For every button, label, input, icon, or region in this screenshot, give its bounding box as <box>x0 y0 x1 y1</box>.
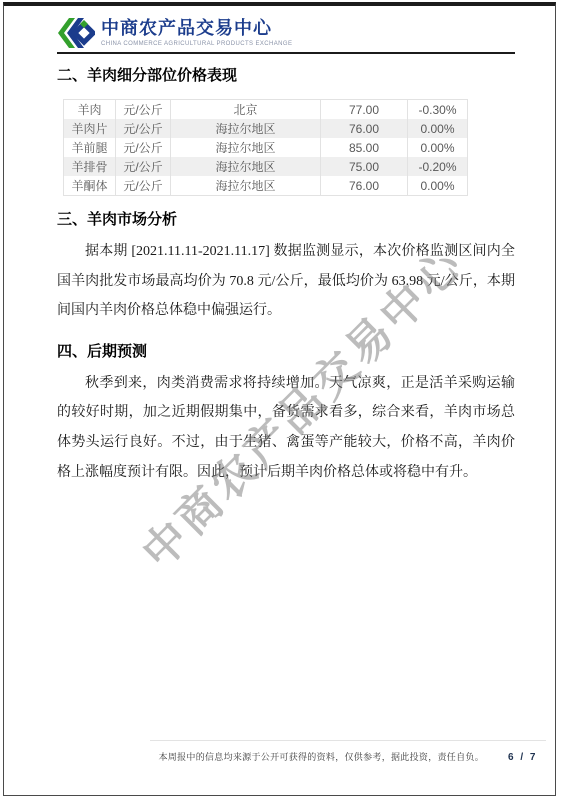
cell-product: 羊酮体 <box>64 176 116 196</box>
section-4-heading: 四、后期预测 <box>57 342 515 362</box>
cell-change: 0.00% <box>408 119 468 138</box>
forecast-paragraph: 秋季到来，肉类消费需求将持续增加。天气凉爽，正是活羊采购运输的较好时期，加之近期… <box>57 369 515 487</box>
cell-location: 海拉尔地区 <box>171 138 321 157</box>
cell-change: 0.00% <box>408 138 468 157</box>
cell-unit: 元/公斤 <box>116 100 171 120</box>
logo-title: 中商农产品交易中心 <box>101 17 292 39</box>
page-footer: 本周报中的信息均来源于公开可获得的资料，仅供参考，据此投资，责任自负。 6 / … <box>150 740 546 763</box>
section-2-heading: 二、羊肉细分部位价格表现 <box>57 66 515 86</box>
cell-change: 0.00% <box>408 176 468 196</box>
table-row: 羊前腿 元/公斤 海拉尔地区 85.00 0.00% <box>64 138 468 157</box>
cell-price: 76.00 <box>321 119 408 138</box>
table-row: 羊肉片 元/公斤 海拉尔地区 76.00 0.00% <box>64 119 468 138</box>
section-3-heading: 三、羊肉市场分析 <box>57 210 515 230</box>
cell-location: 海拉尔地区 <box>171 176 321 196</box>
cell-change: -0.30% <box>408 100 468 120</box>
header-rule <box>57 52 515 54</box>
logo-subtitle: CHINA COMMERCE AGRICULTURAL PRODUCTS EXC… <box>101 41 292 47</box>
cell-product: 羊肉 <box>64 100 116 120</box>
lamb-price-table: 羊肉 元/公斤 北京 77.00 -0.30% 羊肉片 元/公斤 海拉尔地区 7… <box>63 99 468 196</box>
cell-location: 北京 <box>171 100 321 120</box>
cell-unit: 元/公斤 <box>116 138 171 157</box>
cell-unit: 元/公斤 <box>116 157 171 176</box>
cell-location: 海拉尔地区 <box>171 119 321 138</box>
cell-product: 羊前腿 <box>64 138 116 157</box>
cell-change: -0.20% <box>408 157 468 176</box>
logo-text: 中商农产品交易中心 CHINA COMMERCE AGRICULTURAL PR… <box>101 17 292 47</box>
logo-icon <box>57 17 95 49</box>
market-analysis-paragraph: 据本期 [2021.11.11-2021.11.17] 数据监测显示，本次价格监… <box>57 237 515 326</box>
cell-unit: 元/公斤 <box>116 119 171 138</box>
page-content: 中商农产品交易中心 CHINA COMMERCE AGRICULTURAL PR… <box>57 0 515 487</box>
cell-price: 75.00 <box>321 157 408 176</box>
table-row: 羊酮体 元/公斤 海拉尔地区 76.00 0.00% <box>64 176 468 196</box>
cell-product: 羊排骨 <box>64 157 116 176</box>
footer-disclaimer: 本周报中的信息均来源于公开可获得的资料，仅供参考，据此投资，责任自负。 <box>159 750 485 763</box>
cell-unit: 元/公斤 <box>116 176 171 196</box>
cell-price: 77.00 <box>321 100 408 120</box>
page-number: 6 / 7 <box>508 752 537 763</box>
table-row: 羊排骨 元/公斤 海拉尔地区 75.00 -0.20% <box>64 157 468 176</box>
cell-price: 85.00 <box>321 138 408 157</box>
table-row: 羊肉 元/公斤 北京 77.00 -0.30% <box>64 100 468 120</box>
cell-location: 海拉尔地区 <box>171 157 321 176</box>
report-page: 中商农产品交易中心 CHINA COMMERCE AGRICULTURAL PR… <box>0 0 561 804</box>
logo: 中商农产品交易中心 CHINA COMMERCE AGRICULTURAL PR… <box>57 17 515 49</box>
cell-price: 76.00 <box>321 176 408 196</box>
cell-product: 羊肉片 <box>64 119 116 138</box>
